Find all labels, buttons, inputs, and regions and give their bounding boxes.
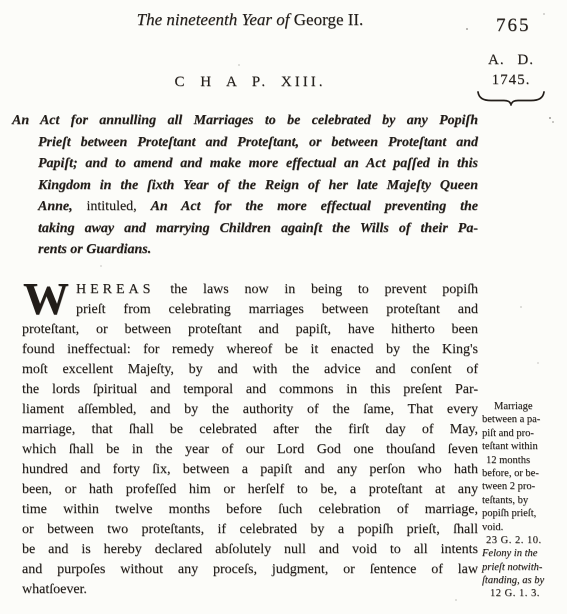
margin-note-line: between a pa-	[482, 413, 566, 426]
margin-notes: Marriage between a pa- piſt and pro- teſ…	[482, 400, 566, 601]
body-line: whatſoever.	[22, 580, 478, 600]
act-body: W HEREAS the laws now in being to preven…	[22, 280, 478, 600]
body-line: time within twelve months before ſuch ce…	[22, 500, 478, 520]
body-line: marriage, that ſhall be celebrated after…	[22, 420, 478, 440]
book-page: The nineteenth Year of George II. 765 A.…	[0, 0, 567, 614]
statute-citation: 23 G. 2. 10.	[482, 534, 566, 547]
act-title-line: Papiſt; and to amend and make more effec…	[12, 153, 478, 175]
body-line: proteſtant, or between proteſtant and pa…	[22, 320, 478, 340]
margin-note-line: Marriage	[482, 400, 566, 413]
act-title-line: Prieſt between Proteſtant and Proteſtant…	[12, 132, 478, 154]
scan-speckles	[0, 0, 2, 2]
anno-domini-label: A. D.	[472, 52, 550, 69]
body-line: prieſt from celebrating marriages betwee…	[22, 300, 478, 320]
anno-domini-note: A. D. 1745.	[472, 52, 550, 106]
body-line: found ineffectual: for remedy whereof be…	[22, 340, 478, 360]
drop-cap: W	[22, 280, 76, 319]
margin-note-line: teſtants, by	[482, 494, 566, 507]
body-line: been, or hath profeſſed him or herſelf t…	[22, 480, 478, 500]
running-header: The nineteenth Year of George II.	[22, 10, 478, 30]
running-header-roman: George II.	[294, 10, 364, 29]
act-title-line: rents or Guardians.	[12, 239, 478, 261]
act-title-line: Kingdom in the ſixth Year of the Reign o…	[12, 175, 478, 197]
margin-note-line: prieſt notwith-	[482, 561, 566, 574]
body-line: liament aſſembled, and by the authority …	[22, 400, 478, 420]
chapter-heading: C H A P. XIII.	[22, 74, 478, 91]
act-title: An Act for annulling all Marriages to be…	[12, 110, 478, 261]
act-title-line: taking away and marrying Children againſ…	[12, 218, 478, 240]
body-line: moſt excellent Majeſty, by and with the …	[22, 360, 478, 380]
margin-note-line: 12 months	[482, 454, 566, 467]
page-number: 765	[496, 15, 531, 37]
margin-note-line: before, or be-	[482, 467, 566, 480]
act-title-segment-roman: intituled,	[73, 199, 151, 214]
act-title-line: An Act for annulling all Marriages to be…	[12, 110, 478, 132]
body-line: and purpoſes without any proceſs, judgme…	[22, 560, 478, 580]
body-line: HEREAS the laws now in being to prevent …	[22, 280, 478, 300]
margin-note-line: tween 2 pro-	[482, 480, 566, 493]
act-title-segment-italic: An Act for the more effectual preventing…	[151, 199, 478, 214]
statute-citation: 12 G. 1. 3.	[482, 587, 566, 600]
act-title-line: Anne, intituled, An Act for the more eff…	[12, 196, 478, 218]
body-line-caps: HEREAS	[76, 282, 154, 297]
body-line: or between two proteſtants, if celebrate…	[22, 520, 478, 540]
body-line: be and is hereby declared abſolutely nul…	[22, 540, 478, 560]
anno-year: 1745.	[472, 72, 550, 89]
running-header-italic: The nineteenth Year of	[137, 10, 294, 29]
body-line: the lords ſpiritual and temporal and com…	[22, 380, 478, 400]
body-line: hundred and forty ſix, between a papiſt …	[22, 460, 478, 480]
margin-note-line: void.	[482, 521, 566, 534]
margin-note-line: ſtanding, as by	[482, 574, 566, 587]
underbrace-icon	[475, 90, 547, 106]
body-line: which ſhall be in the year of our Lord G…	[22, 440, 478, 460]
margin-note-line: piſt and pro-	[482, 427, 566, 440]
margin-note-line: Felony in the	[482, 547, 566, 560]
margin-note-line: teſtant within	[482, 440, 566, 453]
body-line-text: the laws now in being to prevent popiſh	[154, 282, 478, 297]
act-title-segment-italic: Anne,	[38, 199, 73, 214]
margin-note-line: popiſh prieſt,	[482, 507, 566, 520]
